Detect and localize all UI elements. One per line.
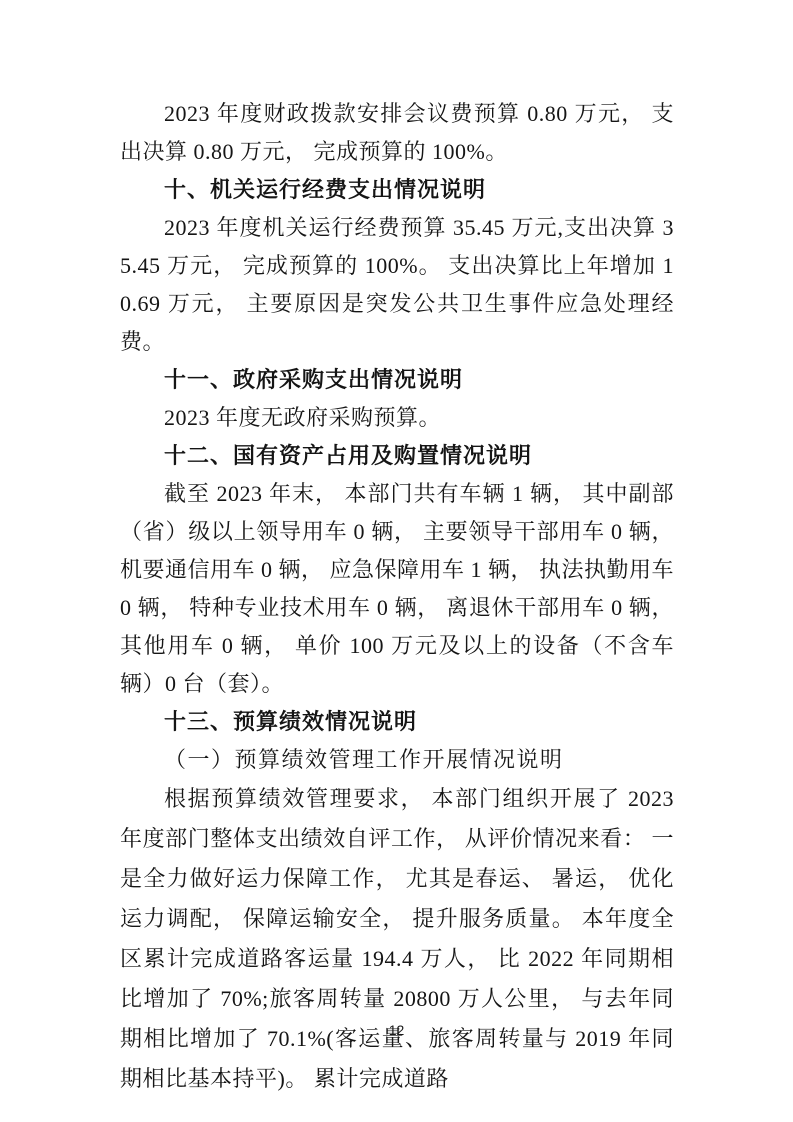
document-page: 2023 年度财政拨款安排会议费预算 0.80 万元， 支出决算 0.80 万元… xyxy=(0,0,793,1122)
paragraph: 2023 年度无政府采购预算。 xyxy=(120,399,674,437)
section-heading: 十、机关运行经费支出情况说明 xyxy=(120,171,674,209)
paragraph: 截至 2023 年末， 本部门共有车辆 1 辆， 其中副部（省）级以上领导用车 … xyxy=(120,475,674,703)
page-number: 12 xyxy=(0,1022,793,1038)
paragraph: 2023 年度财政拨款安排会议费预算 0.80 万元， 支出决算 0.80 万元… xyxy=(120,95,674,171)
section-heading: 十二、国有资产占用及购置情况说明 xyxy=(120,437,674,475)
document-content: 2023 年度财政拨款安排会议费预算 0.80 万元， 支出决算 0.80 万元… xyxy=(120,95,674,1099)
paragraph: 2023 年度机关运行经费预算 35.45 万元,支出决算 35.45 万元， … xyxy=(120,209,674,361)
paragraph: 根据预算绩效管理要求， 本部门组织开展了 2023 年度部门整体支出绩效自评工作… xyxy=(120,779,674,1099)
section-subheading: （一）预算绩效管理工作开展情况说明 xyxy=(120,741,674,779)
section-heading: 十一、政府采购支出情况说明 xyxy=(120,361,674,399)
section-heading: 十三、预算绩效情况说明 xyxy=(120,703,674,741)
